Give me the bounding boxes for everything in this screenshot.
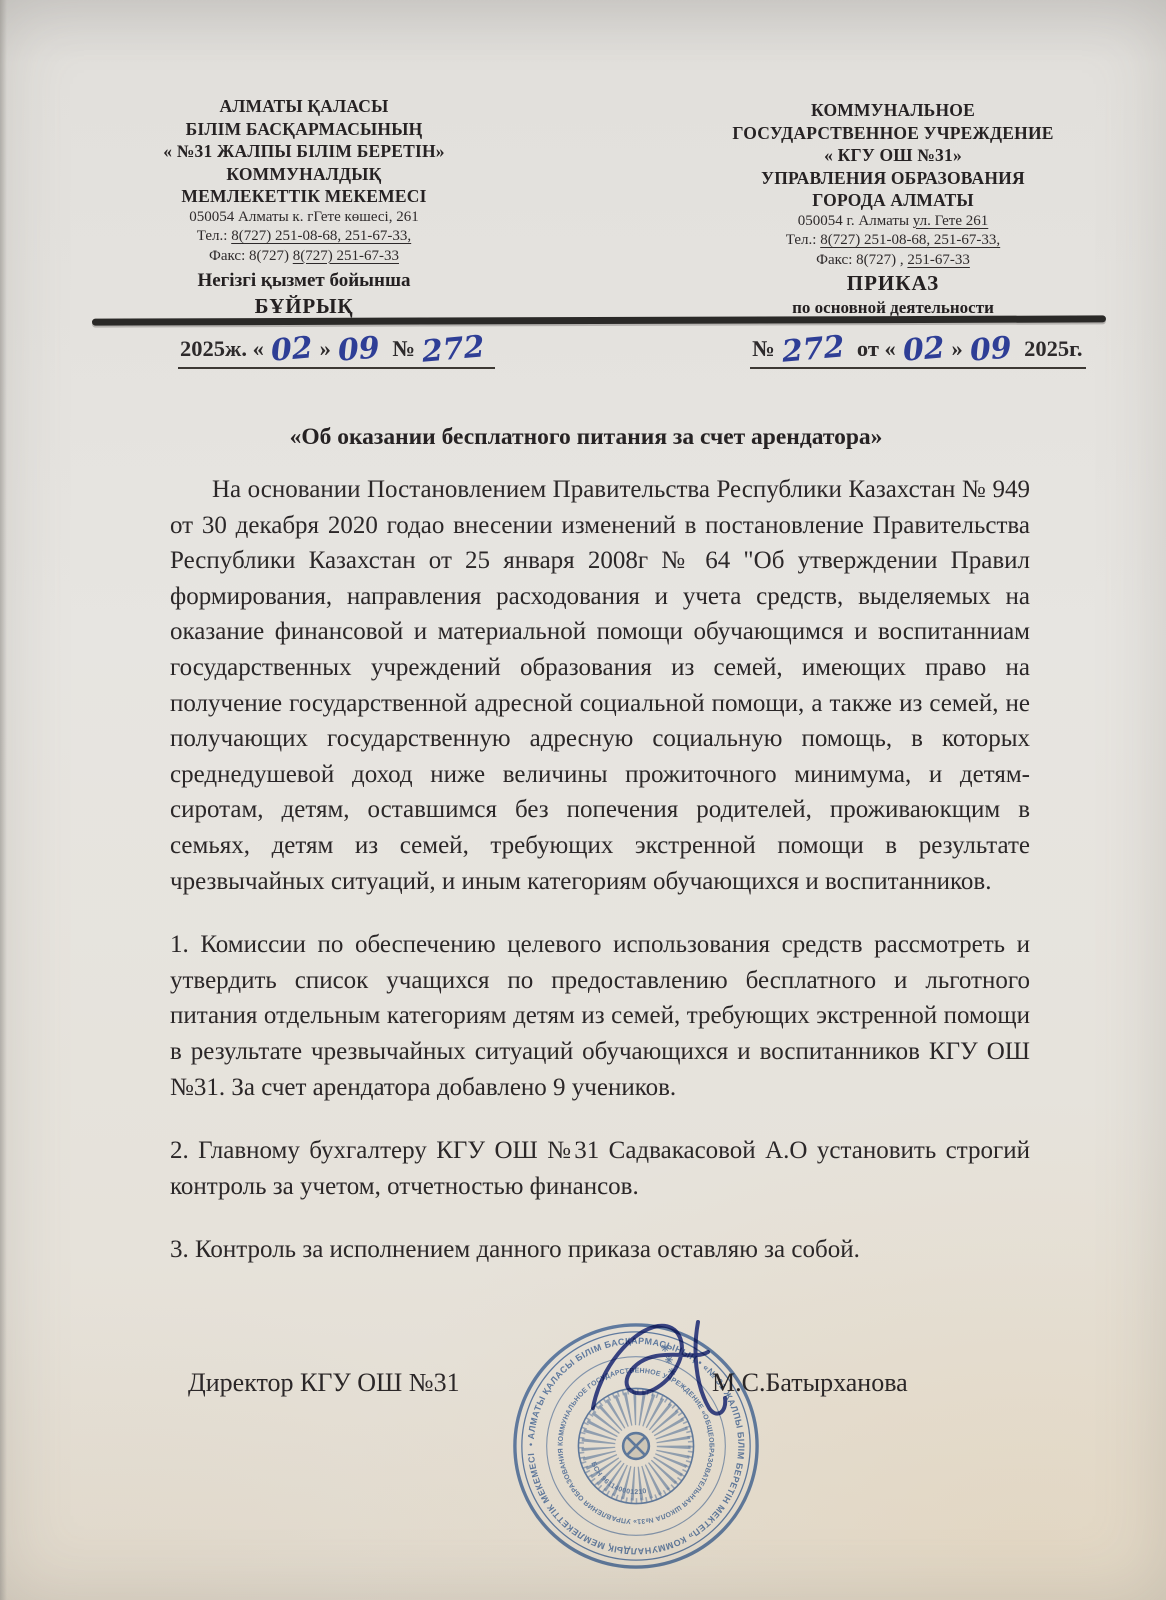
fax-label: Факс: 8(727) , [816,252,907,268]
org-name-line: УПРАВЛЕНИЯ ОБРАЗОВАНИЯ [668,167,1118,190]
order-preamble: На основании Постановлением Правительств… [170,472,1030,899]
phone-label: Тел.: [197,228,231,244]
phone-numbers: 8(727) 251-08-68, 251-67-33, [231,228,411,244]
handwritten-day: 02 [902,338,945,362]
handwritten-day: 02 [270,338,313,362]
signature-role: Директор КГУ ОШ №31 [188,1368,460,1398]
scanned-order-document: АЛМАТЫ ҚАЛАСЫ БІЛІМ БАСҚАРМАСЫНЫҢ « №31 … [0,0,1166,1600]
letterhead-russian: КОММУНАЛЬНОЕ ГОСУДАРСТВЕННОЕ УЧРЕЖДЕНИЕ … [668,99,1118,319]
address-street: ул. Гете 261 [913,213,988,229]
date-line: 2025ж. «02»09 №272 [178,336,495,369]
date-line: №272 от «02»09 2025г. [750,336,1086,369]
signature-stroke [593,1326,708,1408]
org-name-line: МЕМЛЕКЕТТІК МЕКЕМЕСІ [103,185,505,208]
fax-numbers: 251-67-33 [907,252,970,268]
number-label: № [752,336,775,361]
doc-kind-title: БҰЙРЫҚ [103,293,505,320]
handwritten-month: 09 [969,338,1012,362]
order-body: На основании Постановлением Правительств… [170,472,1030,1268]
order-date-number-right: №272 от «02»09 2025г. [750,336,1086,369]
order-item-2: 2. Главному бухгалтеру КГУ ОШ №31 Садвак… [170,1133,1030,1204]
org-name-line: « №31 ЖАЛПЫ БІЛІМ БЕРЕТІН» [103,140,505,163]
handwritten-order-number: 272 [781,337,845,362]
org-phone: Тел.: 8(727) 251-08-68, 251-67-33, [103,227,505,247]
phone-label: Тел.: [786,232,820,248]
quote-close: » [320,336,331,361]
handwritten-month: 09 [337,338,380,362]
address-plain: 050054 г. Алматы [798,213,913,229]
order-title: «Об оказании бесплатного питания за счет… [156,424,1016,451]
org-name-line: АЛМАТЫ ҚАЛАСЫ [103,95,505,118]
year-prefix: 2025ж. « [180,336,264,361]
order-item-3: 3. Контроль за исполнением данного прика… [170,1232,1030,1268]
order-item-1: 1. Комиссии по обеспечению целевого испо… [170,927,1030,1105]
org-name-line: ГОРОДА АЛМАТЫ [668,189,1118,212]
director-signature-ink [548,1296,878,1456]
org-name-line: « КГУ ОШ №31» [668,144,1118,167]
quote-close: » [952,336,963,361]
order-date-number-left: 2025ж. «02»09 №272 [178,336,495,369]
letterhead-kazakh: АЛМАТЫ ҚАЛАСЫ БІЛІМ БАСҚАРМАСЫНЫҢ « №31 … [103,95,505,320]
org-phone: Тел.: 8(727) 251-08-68, 251-67-33, [668,231,1118,251]
org-name-line: КОММУНАЛЬНОЕ [668,99,1118,122]
doc-kind-subtitle: Негізгі қызмет бойынша [103,268,505,293]
doc-kind-title: ПРИКАЗ [668,270,1118,296]
number-label: № [392,336,415,361]
from-label: от « [857,336,896,361]
org-name-line: КОММУНАЛДЫҚ [103,163,505,186]
org-address: 050054 Алматы к. гГете көшесі, 261 [103,208,505,228]
phone-numbers: 8(727) 251-08-68, 251-67-33, [820,232,1000,248]
org-fax: Факс: 8(727) , 251-67-33 [668,251,1118,271]
org-fax: Факс: 8(727) 8(727) 251-67-33 [103,247,505,267]
year-suffix: 2025г. [1024,336,1082,361]
org-name-line: ГОСУДАРСТВЕННОЕ УЧРЕЖДЕНИЕ [668,122,1118,145]
org-address: 050054 г. Алматы ул. Гете 261 [668,212,1118,232]
signature-stroke [696,1322,726,1414]
fax-label: Факс: 8(727) [209,248,293,264]
fax-numbers: 8(727) 251-67-33 [293,248,399,264]
handwritten-order-number: 272 [421,337,485,362]
org-name-line: БІЛІМ БАСҚАРМАСЫНЫҢ [103,118,505,141]
